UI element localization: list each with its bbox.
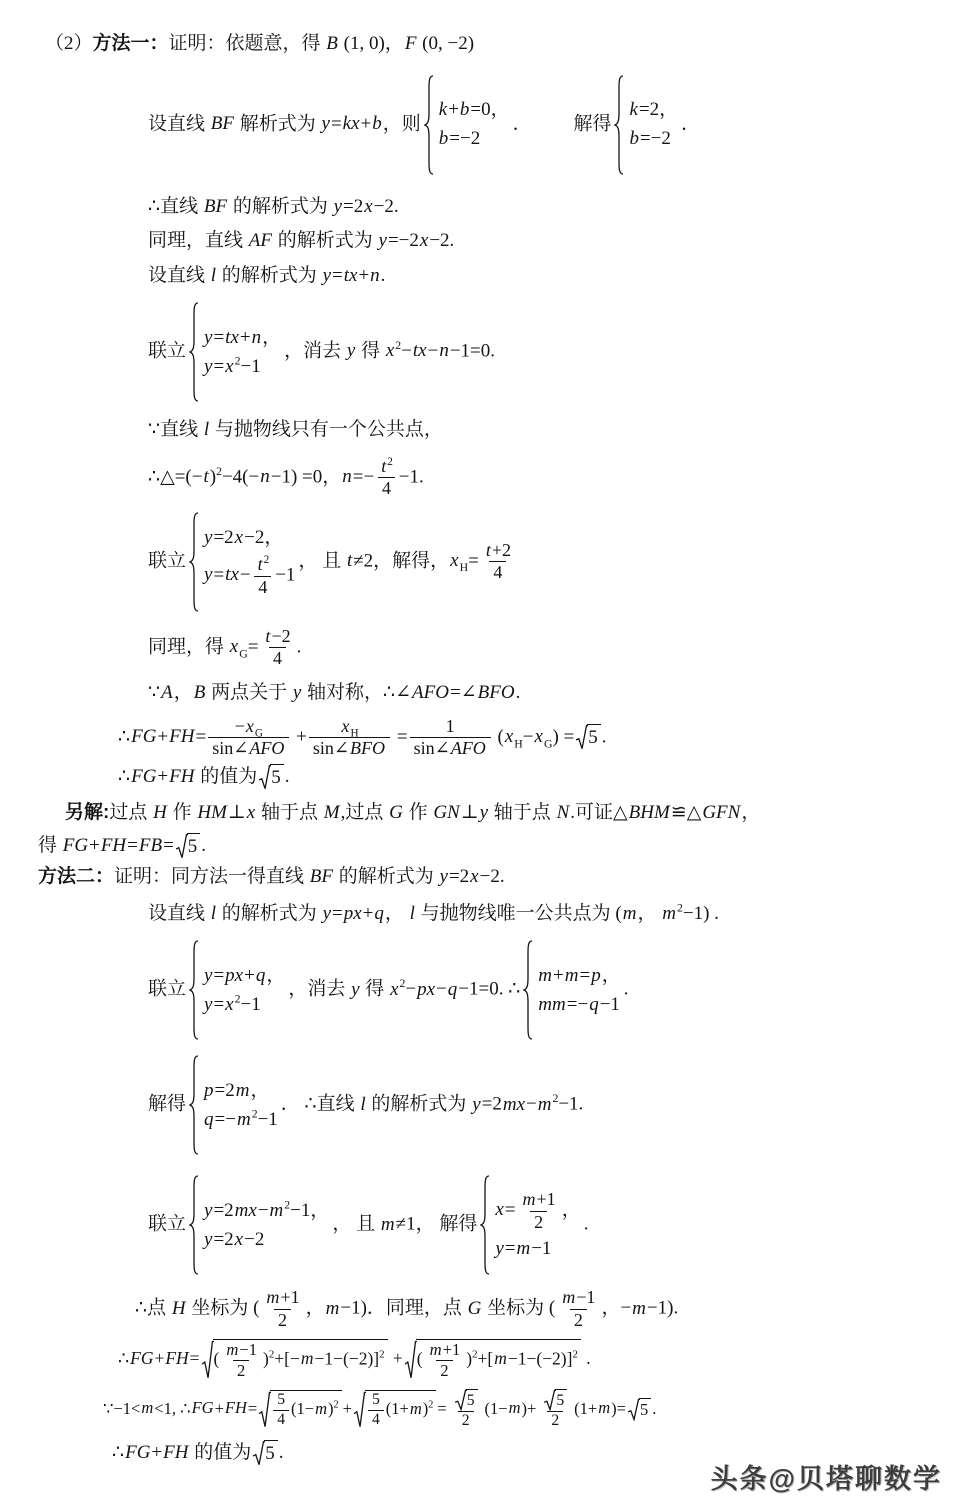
text-run: ∴ <box>112 1442 124 1463</box>
math-variable: px <box>343 903 363 924</box>
text-run: 联立 <box>148 979 186 1000</box>
square-root: 5 <box>543 1389 567 1411</box>
text-run: =2 <box>213 1229 233 1250</box>
math-variable: m <box>661 903 677 924</box>
system-rows: m+m=p，mm=−q−1 <box>533 961 620 1019</box>
square-root: 54(1+m)2 <box>353 1390 436 1430</box>
text-run: 2 <box>278 1310 287 1330</box>
math-variable: y <box>479 802 489 823</box>
text-run: ， 且 <box>332 1214 380 1235</box>
math-variable: n <box>369 265 381 286</box>
math-variable: px <box>224 965 244 986</box>
math-variable: y <box>203 994 213 1015</box>
math-variable: FG <box>130 726 157 747</box>
square-root: 5 <box>252 1440 278 1467</box>
math-variable: m <box>537 965 553 986</box>
equation-system: p=2m，q=−m2−1 <box>189 1055 278 1155</box>
math-variable: m <box>409 1399 423 1418</box>
proof-line-3: ∴直线 BF 的解析式为 y=2x−2. <box>0 193 958 222</box>
fraction: −xGsin∠AFO <box>208 716 289 760</box>
text-run: 解析式为 <box>235 113 321 134</box>
text-run: =2， <box>639 99 678 120</box>
math-variable: x <box>340 716 350 736</box>
proof-line-4: 同理，直线 AF 的解析式为 y=−2x−2. <box>0 227 958 256</box>
proof-line-20: 联立y=2mx−m2−1，y=2x−2， 且 m≠1， 解得x=m+12，y=m… <box>0 1175 958 1275</box>
text-run: = <box>331 113 342 134</box>
math-variable: tx <box>224 327 240 348</box>
math-variable: x <box>234 1229 244 1250</box>
fraction: m−12 <box>221 1340 261 1381</box>
text-run: +1 <box>443 1340 461 1359</box>
text-run: )+ <box>522 1398 537 1417</box>
text-run: + <box>244 965 255 986</box>
system-row: k+b=0， <box>438 97 510 123</box>
text-run: . <box>285 766 290 787</box>
math-variable: tx <box>224 564 240 585</box>
fraction-numerator: m+1 <box>425 1340 465 1360</box>
fraction-numerator: m−1 <box>557 1287 599 1309</box>
text-run: ， <box>637 903 661 924</box>
text-run: <1, ∴ <box>154 1398 190 1417</box>
text-run: (1+ <box>574 1398 597 1417</box>
math-variable: m <box>269 1200 285 1221</box>
text-run: 1 <box>446 716 455 736</box>
fraction-numerator: 5 <box>273 1391 289 1410</box>
math-variable: m <box>314 1399 328 1418</box>
bold-text-run: 方法二： <box>38 866 114 887</box>
text-run: = <box>468 550 479 571</box>
fraction-numerator: m+1 <box>517 1189 559 1211</box>
left-brace-icon <box>189 1055 199 1155</box>
math-variable: BHM <box>628 802 671 823</box>
text-run: + <box>240 327 251 348</box>
math-variable: m <box>235 1080 251 1101</box>
text-run: + <box>343 1398 352 1417</box>
text-run: −1 <box>258 1109 278 1130</box>
text-run: 的解析式为 <box>217 265 322 286</box>
text-run: 2 <box>551 1412 559 1429</box>
text-run: ， <box>174 682 193 703</box>
math-variable: m <box>225 1340 239 1359</box>
text-run: 5 <box>372 1391 380 1408</box>
fraction-denominator: 2 <box>570 1309 587 1332</box>
text-run: 联立 <box>148 1214 186 1235</box>
text-run: 同理，直线 <box>148 230 248 251</box>
proof-line-21: ∴点 H 坐标为 (m+12，m−1)．同理，点 G 坐标为 (m−12，−m−… <box>0 1287 958 1331</box>
subscript: G <box>239 647 248 660</box>
math-variable: b <box>628 128 640 149</box>
math-variable: tx <box>412 340 428 361</box>
math-variable: m <box>380 1214 396 1235</box>
math-variable: x <box>449 550 459 571</box>
text-run: ∴△=(− <box>148 466 202 487</box>
text-run: ， <box>306 1298 325 1319</box>
superscript: 2 <box>572 1348 577 1360</box>
proof-line-10: 同理，得 xG=t−24. <box>0 626 958 670</box>
text-run: − <box>258 1200 269 1221</box>
math-variable: b <box>459 99 471 120</box>
math-variable: n <box>251 327 263 348</box>
text-run: 4 <box>258 577 267 597</box>
math-variable: y <box>439 866 449 887</box>
left-brace-icon <box>189 940 199 1040</box>
text-run: −2 <box>244 1229 264 1250</box>
text-run: ∴直线 <box>148 196 203 217</box>
text-run: 坐标为 ( <box>187 1298 260 1319</box>
math-variable: m <box>493 1348 508 1368</box>
text-run: 联立 <box>148 340 186 361</box>
proof-line-16: 方法二：证明：同方法一得直线 BF 的解析式为 y=2x−2. <box>0 863 958 892</box>
text-run: + <box>151 1442 162 1463</box>
text-run: 的解析式为 <box>228 196 333 217</box>
text-run: 与抛物线只有一个公共点， <box>210 419 443 440</box>
text-run: = <box>579 965 590 986</box>
text-run: =− <box>215 1109 236 1130</box>
text-run: 轴于点 <box>256 802 323 823</box>
text-run: =2 <box>213 527 233 548</box>
text-run: = <box>505 1199 516 1220</box>
fraction-numerator: m+1 <box>261 1287 303 1309</box>
left-brace-icon <box>189 302 199 402</box>
text-run: = <box>190 1348 200 1368</box>
proof-line-12: ∴FG+FH=−xGsin∠AFO +xHsin∠BFO =1sin∠AFO (… <box>0 716 958 760</box>
text-run: −1， <box>290 1200 329 1221</box>
text-run: ，则 <box>383 113 421 134</box>
math-variable: n <box>438 340 450 361</box>
math-variable: M <box>323 802 341 823</box>
text-run: 4 <box>493 562 502 582</box>
math-variable: k <box>628 99 638 120</box>
fraction-numerator: xH <box>336 716 362 738</box>
fraction-denominator: 4 <box>489 561 506 584</box>
math-variable: x <box>229 636 239 657</box>
subscript: H <box>460 561 469 574</box>
text-run: 2 <box>574 1310 583 1330</box>
text-run: − <box>235 716 245 736</box>
text-run: −2 <box>271 626 290 646</box>
math-variable: FB <box>138 835 163 856</box>
math-variable: m <box>508 1398 522 1417</box>
math-variable: q <box>373 903 385 924</box>
text-run: 2 <box>534 1212 543 1232</box>
fraction-numerator: m−1 <box>221 1340 261 1360</box>
sqrt-body: 5 <box>466 1389 478 1411</box>
text-run: − <box>240 564 251 585</box>
square-root: 5 <box>258 764 284 791</box>
system-row: y=m−1 <box>494 1236 551 1262</box>
text-run: =2 <box>449 866 469 887</box>
fraction-numerator: t−2 <box>260 626 294 648</box>
math-variable: t <box>202 466 209 487</box>
math-variable: AF <box>248 230 273 251</box>
system-row: b=−2 <box>628 126 670 152</box>
fraction-denominator: 4 <box>254 576 271 599</box>
math-variable: A <box>160 682 174 703</box>
math-variable: m <box>537 1094 553 1115</box>
text-run: ≠1， 解得 <box>396 1214 478 1235</box>
sqrt-body: 5 <box>555 1389 567 1411</box>
math-variable: H <box>152 802 168 823</box>
text-run: 的解析式为 <box>334 866 439 887</box>
math-variable: p <box>590 965 602 986</box>
math-variable: FH <box>168 766 195 787</box>
text-run: 解得 <box>573 113 611 134</box>
math-variable: b <box>371 113 383 134</box>
math-variable: l <box>210 903 217 924</box>
math-variable: x <box>534 726 544 747</box>
equation-system: y=2x−2，y=tx−t24−1 <box>189 512 295 612</box>
text-run: − <box>436 979 447 1000</box>
fraction-numerator: t2 <box>253 554 274 576</box>
math-variable: FG <box>130 766 157 787</box>
text-run: ∴点 <box>135 1298 171 1319</box>
math-variable: q <box>447 979 459 1000</box>
square-root: (m−12)2+[−m−1−(−2)]2 <box>201 1339 388 1381</box>
math-variable: px <box>416 979 436 1000</box>
text-run: ， <box>562 1199 581 1220</box>
fraction-denominator: sin∠AFO <box>208 737 289 760</box>
sqrt-body: 5 <box>187 833 201 860</box>
proof-line-15: 得 FG+FH=FB=5. <box>0 832 958 861</box>
math-variable: y <box>322 903 332 924</box>
math-variable: B <box>325 33 339 54</box>
text-run: = <box>505 1238 516 1259</box>
fraction-numerator: −xG <box>231 716 267 738</box>
square-root: 5 <box>175 833 201 860</box>
system-row: y=2x−2 <box>203 1227 264 1253</box>
system-rows: y=px+q，y=x2−1 <box>199 961 285 1019</box>
math-variable: y <box>203 564 213 585</box>
fraction-numerator: 5 <box>449 1389 483 1411</box>
fraction-denominator: 4 <box>273 1410 289 1430</box>
math-variable: m <box>265 1287 280 1307</box>
math-variable: x <box>245 716 255 736</box>
superscript: 2 <box>264 554 270 566</box>
text-run: =−2 <box>388 230 419 251</box>
proof-line-19: 解得p=2m，q=−m2−1． ∴直线 l 的解析式为 y=2mx−m2−1. <box>0 1055 958 1155</box>
square-root: 5 <box>627 1398 651 1421</box>
square-root: 54(1−m)2 <box>258 1390 341 1430</box>
math-variable: x <box>419 230 429 251</box>
text-run: 5 <box>188 836 198 857</box>
text-run: +[− <box>274 1348 300 1368</box>
text-run: (1− <box>291 1399 314 1418</box>
text-run: − <box>401 340 412 361</box>
math-variable: n <box>341 466 353 487</box>
text-run: + <box>89 835 100 856</box>
math-variable: m <box>597 1398 611 1417</box>
equation-system: x=m+12，y=m−1 <box>480 1175 580 1275</box>
equation-system: m+m=p，mm=−q−1 <box>523 940 620 1040</box>
text-run: = <box>213 356 224 377</box>
math-variable: y <box>203 1229 213 1250</box>
text-run: ,过点 <box>341 802 389 823</box>
system-row: y=tx+n， <box>203 325 281 351</box>
math-variable: H <box>171 1298 187 1319</box>
text-run: +1 <box>280 1287 299 1307</box>
text-run: . <box>652 1398 656 1417</box>
text-run: ． <box>681 113 700 134</box>
text-run: ( <box>214 1348 220 1368</box>
text-run: = <box>248 636 259 657</box>
text-run: = <box>195 726 206 747</box>
math-variable: FH <box>162 1442 189 1463</box>
system-row: q=−m2−1 <box>203 1107 278 1133</box>
text-run: −1. <box>399 466 424 487</box>
left-brace-icon <box>189 1175 199 1275</box>
text-run: 的解析式为 <box>273 230 378 251</box>
math-variable: FH <box>224 1398 248 1417</box>
fraction: xHsin∠BFO <box>309 716 390 760</box>
math-variable: G <box>467 1298 483 1319</box>
math-variable: n <box>259 466 271 487</box>
text-run: + <box>553 965 564 986</box>
text-run: 2 <box>440 1361 448 1380</box>
math-variable: m <box>300 1348 315 1368</box>
math-variable: y <box>321 113 331 134</box>
math-variable: FG <box>191 1398 215 1417</box>
math-variable: m <box>140 1398 154 1417</box>
math-variable: t <box>257 554 264 574</box>
text-run: =2 <box>215 1080 235 1101</box>
math-variable: F <box>404 33 418 54</box>
math-variable: t <box>485 540 492 560</box>
text-run: ∴ <box>118 726 130 747</box>
math-variable: m <box>561 1287 576 1307</box>
text-run: =0， <box>470 99 509 120</box>
text-run: . <box>516 682 521 703</box>
text-run: −1) =0， <box>271 466 342 487</box>
proof-line-7: ∵直线 l 与抛物线只有一个公共点， <box>0 416 958 445</box>
text-run: 联立 <box>148 550 186 571</box>
fraction-numerator: t2 <box>376 456 397 478</box>
fraction-denominator: 2 <box>233 1360 249 1381</box>
sqrt-body: 5 <box>639 1398 651 1421</box>
text-run: 的值为 <box>195 766 257 787</box>
system-rows: y=tx+n，y=x2−1 <box>199 323 281 381</box>
fraction-denominator: 2 <box>547 1411 563 1431</box>
text-run: =∠ <box>450 682 477 703</box>
math-variable: FH <box>168 726 195 747</box>
text-run: 2 <box>462 1412 470 1429</box>
fraction: m+12 <box>261 1287 303 1331</box>
text-run: −1=0. ∴ <box>458 979 520 1000</box>
math-variable: x <box>234 527 244 548</box>
text-run: +1 <box>537 1189 556 1209</box>
text-run: 的解析式为 <box>217 903 322 924</box>
math-variable: l <box>359 1094 366 1115</box>
math-variable: m <box>236 1109 252 1130</box>
text-run: = <box>332 265 343 286</box>
math-variable: GN <box>432 802 460 823</box>
math-variable: mm <box>537 994 566 1015</box>
text-run: ，− <box>601 1298 631 1319</box>
system-row: y=x2−1 <box>203 992 261 1018</box>
system-row: m+m=p， <box>537 963 620 989</box>
math-variable: mx <box>234 1200 258 1221</box>
equation-system: y=px+q，y=x2−1 <box>189 940 285 1040</box>
text-run: (1+ <box>386 1399 409 1418</box>
system-rows: k+b=0，b=−2 <box>434 95 510 153</box>
text-run: + <box>157 766 168 787</box>
math-variable: FG <box>129 1348 154 1368</box>
text-run: = <box>437 1398 446 1417</box>
math-variable: m <box>325 1298 341 1319</box>
text-run: −1 <box>275 564 295 585</box>
text-run: ⊥ <box>461 802 479 823</box>
square-root: 5 <box>575 724 601 751</box>
text-run: + <box>358 265 369 286</box>
text-run: + <box>361 113 372 134</box>
math-variable: l <box>409 903 416 924</box>
text-run: + <box>448 99 459 120</box>
fraction: t24 <box>253 554 274 598</box>
proof-line-1: （2）方法一：证明：依题意，得 B (1, 0)，F (0, −2) <box>0 30 958 59</box>
text-run: 作 <box>168 802 197 823</box>
solution-document: （2）方法一：证明：依题意，得 B (1, 0)，F (0, −2) 设直线 B… <box>0 0 958 1504</box>
sqrt-body: 5 <box>587 724 601 751</box>
text-run: ， <box>250 1080 269 1101</box>
proof-line-11: ∵A，B 两点关于 y 轴对称，∴∠AFO=∠BFO. <box>0 679 958 708</box>
text-run: 2 <box>237 1361 245 1380</box>
math-variable: q <box>255 965 267 986</box>
text-run: 4 <box>277 1411 285 1428</box>
text-run: 两点关于 <box>206 682 292 703</box>
text-run: 得 <box>356 340 385 361</box>
text-run: sin∠ <box>313 738 349 758</box>
text-run: 同理，得 <box>148 636 229 657</box>
math-variable: BFO <box>477 682 516 703</box>
fraction: m+12 <box>517 1189 559 1233</box>
math-variable: mx <box>502 1094 526 1115</box>
math-variable: BF <box>203 196 228 217</box>
equation-system: y=2mx−m2−1，y=2x−2 <box>189 1175 329 1275</box>
fraction: 54 <box>368 1391 384 1430</box>
text-run: ( <box>493 726 504 747</box>
text-run: . <box>624 979 629 1000</box>
system-row: y=2mx−m2−1， <box>203 1198 329 1224</box>
math-variable: y <box>494 1238 504 1259</box>
square-root: (m+12)2+[m−1−(−2)]2 <box>404 1339 581 1381</box>
math-variable: y <box>322 265 332 286</box>
proof-line-23: ∵−1<m<1, ∴FG+FH=54(1−m)2+54(1+m)2=52(1−m… <box>0 1389 958 1431</box>
text-run: ，消去 <box>288 979 350 1000</box>
text-run: 4 <box>382 478 391 498</box>
text-run: . <box>582 1348 591 1368</box>
superscript: 2 <box>379 1348 384 1360</box>
text-run: = <box>163 835 174 856</box>
sqrt-body: 5 <box>270 764 284 791</box>
text-run: 轴于点 <box>489 802 556 823</box>
math-variable: x <box>363 196 373 217</box>
system-row: y=x2−1 <box>203 354 261 380</box>
math-variable: x <box>224 994 234 1015</box>
text-run: （2） <box>45 33 93 54</box>
text-run: = <box>332 903 343 924</box>
math-variable: x <box>469 866 479 887</box>
proof-line-18: 联立y=px+q，y=x2−1，消去 y 得 x2−px−q−1=0. ∴m+m… <box>0 940 958 1040</box>
text-run: −1−(−2)] <box>315 1348 380 1368</box>
text-run: ，消去 <box>284 340 346 361</box>
text-run: 设直线 <box>148 903 210 924</box>
text-run: 轴对称，∴∠ <box>302 682 411 703</box>
text-run: ， <box>262 327 281 348</box>
math-variable: x <box>389 979 399 1000</box>
subscript: H <box>514 737 523 750</box>
math-variable: G <box>388 802 404 823</box>
math-variable: FH <box>100 835 127 856</box>
fraction: 54 <box>273 1391 289 1430</box>
